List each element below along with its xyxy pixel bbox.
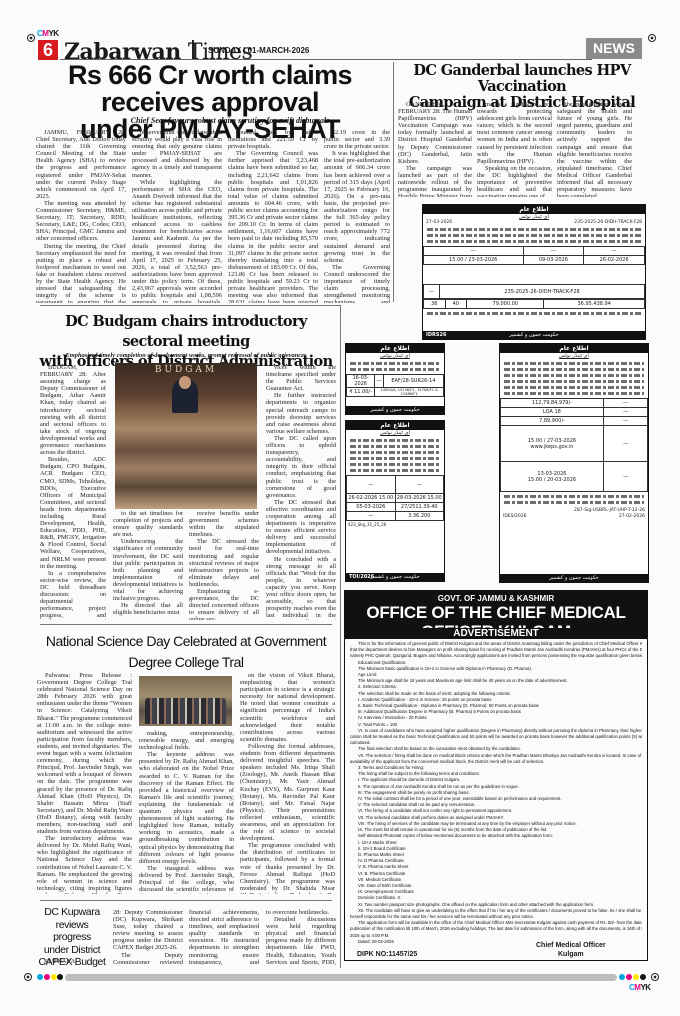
urdu-text-line — [350, 368, 440, 371]
para: Emphasizing e-governance, the DC directe… — [189, 588, 259, 620]
cell: — — [395, 476, 444, 494]
ad-date: 27-02-2026 — [619, 514, 645, 519]
cell: 26-02-2026 — [584, 256, 645, 265]
urdu-tender-ad-2: اطلاع عام ای ٹینڈر نوٹس 16-03-2026—EAF/2… — [345, 343, 445, 415]
kupwara-headline-line: DC Kupwara — [36, 906, 108, 919]
kupwara-column-2: financial achievements, directed strict … — [189, 909, 259, 965]
dipk-number: DIPK NO:11457/25 — [357, 951, 417, 958]
para: vices within the timeframe specified und… — [266, 364, 336, 392]
urdu-ad-codes: IDES/2026 27-02-2026 — [500, 514, 648, 519]
ad-code: IDES/2026 — [503, 514, 526, 519]
section-rule — [40, 305, 340, 306]
cell: 26-02-2026 15.00 — [347, 494, 396, 503]
registration-mark-top-left — [27, 34, 35, 42]
para: The Deputy Commissioner reviewed physica… — [113, 952, 183, 965]
para: Underscoring the significance of communi… — [113, 538, 183, 602]
para: 52.19 crore in the public sector and 3.3… — [324, 129, 390, 150]
urdu-text-line — [427, 240, 641, 243]
para: The meeting was attended by Commissioner… — [36, 200, 126, 243]
cell: — — [603, 462, 647, 492]
cell: 13-03-202615.00 / 20-03-2026 — [501, 462, 604, 492]
cell: 28-03-2026 15.00 — [395, 494, 444, 503]
urdu-text-line — [350, 463, 440, 466]
para: The introductory address was delivered b… — [37, 835, 132, 894]
para: JAMMU, FEBRUARY 28: Chief Secretary, Ata… — [36, 129, 126, 200]
para: The DC stressed the need for real-time m… — [189, 538, 259, 588]
cell: 36.95.438.94 — [544, 300, 645, 309]
cell: — — [584, 247, 645, 256]
budgam-meeting-photo: BUDGAM — [115, 363, 257, 509]
color-dot-black — [640, 974, 646, 980]
column-divider — [340, 588, 341, 968]
column-divider — [340, 305, 341, 625]
para: BUDGAM, FEBRUARY 28: After assuming char… — [40, 364, 106, 456]
cell: 15.00 / 23-03-2026 — [424, 256, 524, 265]
urdu-ad-footer: TOI/2026حکومت جموں و کشمیر — [346, 573, 444, 581]
cell: — — [347, 512, 396, 521]
cell: 235-2025-26-DIDH-TRACK-F28 — [440, 285, 645, 299]
para: The DC called upon officers to uphold tr… — [266, 435, 336, 499]
registration-mark-bottom-left — [24, 973, 32, 981]
para: The keynote address was presented by Dr.… — [139, 751, 234, 865]
cell: — — [424, 285, 440, 299]
science-event-photo — [139, 676, 232, 726]
hpv-column-3: the most effective ways to safeguard the… — [557, 101, 632, 197]
para: 28: Deputy Commissioner (DC) Kupwara, Sh… — [113, 909, 183, 952]
science-headline-line1: National Science Day Celebrated at Gover… — [36, 631, 336, 652]
urdu-ad-subheader: ای ٹینڈر نوٹس — [346, 430, 444, 436]
cmo-ad-line: VII. The selection / hiring shall be don… — [350, 753, 642, 759]
cell: 40 — [445, 300, 467, 309]
urdu-text-line — [350, 445, 440, 448]
cell: 112,79,84,979/- — [501, 399, 604, 408]
color-dot-magenta — [44, 974, 50, 980]
page-number: 6 — [38, 40, 58, 60]
ad-code: TOI/2026 — [349, 573, 374, 581]
para: The DC stressed that effective coordinat… — [266, 499, 336, 556]
photo-sign-text: BUDGAM — [115, 365, 257, 375]
para: the most effective ways to safeguard the… — [557, 101, 632, 197]
para: on the vision of Viksit Bharat, emphasiz… — [240, 672, 335, 743]
registration-mark-bottom-right — [651, 973, 659, 981]
urdu-ad-subheader: ای ٹینڈر نوٹس — [500, 353, 648, 359]
signatory-place: Kulgam — [536, 950, 606, 959]
urdu-text-line — [504, 362, 644, 365]
hpv-column-1: GANDERBAL, FEBRUARY 28: The Human Papill… — [398, 101, 472, 197]
color-registration-bar — [65, 974, 617, 981]
para: During the meeting, the Chief Secretary … — [36, 243, 126, 304]
urdu-text-line — [350, 439, 440, 442]
kupwara-column-1: 28: Deputy Commissioner (DC) Kupwara, Sh… — [113, 909, 183, 965]
cell: — — [603, 426, 647, 462]
cell: — — [424, 247, 524, 256]
cell: 09-03-2026 — [523, 256, 584, 265]
cmo-ad-body: This is for the information of general p… — [344, 639, 648, 961]
cmyk-mark-bottom: CMYK — [629, 983, 651, 992]
cmo-ad-header: GOVT. OF JAMMU & KASHMIR OFFICE OF THE C… — [344, 590, 648, 628]
urdu-text-line — [350, 451, 440, 454]
cell: 05-03-2026 — [347, 503, 396, 512]
urdu-ad-table: 112,79,84,979/-— LOA 18— 7,89,900/-— 15.… — [500, 398, 648, 492]
urdu-tender-ad-1-lower: —235-2025-26-DIDH-TRACK-F28 364079,000.0… — [422, 284, 646, 340]
pmjay-column-1: JAMMU, FEBRUARY 28: Chief Secretary, Ata… — [36, 129, 126, 303]
science-headline: National Science Day Celebrated at Gover… — [36, 631, 336, 673]
registration-mark-top-right — [648, 34, 656, 42]
section-rule — [40, 624, 332, 625]
urdu-text-line — [427, 234, 641, 237]
science-column-1: Pulwama: Press Release : Government Degr… — [37, 672, 132, 894]
urdu-text-line — [350, 362, 440, 365]
budgam-column-2: to the set timelines for completion of p… — [113, 510, 183, 620]
urdu-text-line — [427, 228, 641, 231]
science-headline-line2: Degree College Tral — [36, 652, 336, 673]
ad-code: IDRS26 — [426, 331, 446, 339]
cell: ₹ 11.00/- — [347, 388, 375, 397]
urdu-text-line — [350, 457, 440, 460]
hpv-column-2: marks a significant step towards protect… — [477, 101, 552, 197]
pmjay-column-3: counted for by public institutions and 2… — [228, 129, 318, 303]
budgam-column-1: BUDGAM, FEBRUARY 28: After assuming char… — [40, 364, 106, 620]
column-divider — [393, 62, 394, 302]
para: In a comprehensive sector-wise review, t… — [40, 570, 106, 620]
cell: — — [375, 375, 384, 388]
ref-number: 235-2025-26-DIDH-TRACK-F28 — [574, 220, 642, 225]
cell: — — [603, 408, 647, 417]
signatory-title: Chief Medical Officer — [536, 941, 606, 950]
urdu-tender-ad-4: اطلاع عام ای ٹینڈر نوٹس 112,79,84,979/-—… — [499, 343, 649, 583]
urdu-ad-footer: حکومت جموں و کشمیر — [346, 406, 444, 414]
cmo-govt-line: GOVT. OF JAMMU & KASHMIR — [344, 590, 648, 603]
cell: 16-03-2026 — [347, 375, 375, 388]
kupwara-headline-line: reviews progress — [36, 919, 108, 944]
urdu-text-line — [504, 392, 644, 395]
cell: 7,89,900/- — [501, 417, 604, 426]
cell: — — [347, 476, 396, 494]
budgam-column-4: vices within the timeframe specified und… — [266, 364, 336, 620]
cmo-signatory: Chief Medical Officer Kulgam — [536, 941, 606, 959]
cell: 79,000.00 — [467, 300, 544, 309]
kupwara-headline-line: under District — [36, 944, 108, 957]
para: Detailed discussions were held regarding… — [266, 916, 336, 965]
para: It was highlighted that the total pre-au… — [324, 150, 390, 264]
para: marks a significant step towards protect… — [477, 101, 552, 165]
budgam-column-3: receive benefits under government scheme… — [189, 510, 259, 620]
section-label-news: NEWS — [586, 38, 642, 59]
kupwara-dateline: KUPWARA, FEBRUARY — [44, 958, 110, 966]
urdu-ad-table: ——— 15.00 / 23-03-202609-03-202626-02-20… — [423, 246, 645, 265]
para: The inaugural address was delivered by P… — [139, 865, 234, 894]
para: The Governing Council underscored the im… — [324, 264, 390, 303]
budgam-kicker: Emphasised timely completion of developm… — [36, 352, 336, 359]
urdu-text-line — [504, 386, 644, 389]
cell: EAF/28-SUR26-14 — [383, 375, 443, 388]
para: GANDERBAL, FEBRUARY 28: The Human Papill… — [398, 101, 472, 165]
cmo-ad-line: cation shall be treated as the basic Tec… — [350, 734, 642, 740]
urdu-ad-subheader: ای ٹینڈر نوٹس — [346, 353, 444, 359]
urdu-ad-table: —235-2025-26-DIDH-TRACK-F28 — [423, 284, 645, 299]
cmo-ad-line: namely PHC Qaimoh, Qazigund, Bugam and N… — [350, 653, 642, 659]
para: Pulwama: Press Release : Government Degr… — [37, 672, 132, 835]
cmo-advertisement-label: ADVERTISEMENT — [344, 628, 648, 639]
para: financial achievements, directed strict … — [189, 909, 259, 965]
urdu-text-line — [504, 368, 644, 371]
science-column-2: making, entrepreneurship, renewable ener… — [139, 730, 234, 894]
website: www.jkeps.gov.in — [531, 444, 574, 450]
urdu-ad-amount-table: 364079,000.0036.95.438.94 — [423, 299, 645, 309]
masthead-separator — [192, 40, 194, 60]
para: The Governing Council was further appris… — [228, 150, 318, 303]
photo-group — [145, 698, 226, 724]
urdu-text-line — [504, 501, 644, 504]
para: observed that such independent scrutiny … — [132, 129, 222, 179]
urdu-text-line — [350, 469, 440, 472]
date: 15.00 / 20-03-2026 — [528, 477, 576, 483]
para: Speaking on the occasion, the DC highlig… — [477, 165, 552, 197]
urdu-ad-refs: 27-03-2026 235-2025-26-DIDH-TRACK-F28 — [423, 220, 645, 225]
para: counted for by public institutions and 2… — [228, 129, 318, 150]
cell: 27/2511.39.40 — [395, 503, 444, 512]
color-dot-black — [57, 974, 63, 980]
para: making, entrepreneurship, renewable ener… — [139, 730, 234, 751]
color-dot-cyan — [619, 974, 625, 980]
urdu-text-line — [504, 374, 644, 377]
cell: 3.36.200 — [395, 512, 444, 521]
cell: 36 — [424, 300, 446, 309]
hpv-headline-line1: DC Ganderbal launches HPV Vaccination — [396, 63, 648, 95]
dateline: SUNDAY | 01-MARCH-2026 — [208, 46, 309, 55]
urdu-ad-ref: 423_Skg_31_25_26 — [346, 521, 444, 528]
para: to the set timelines for completion of p… — [113, 510, 183, 538]
para: The programme concluded with the distrib… — [240, 842, 335, 894]
budgam-headline-line1: DC Budgam chairs introductory sectoral m… — [36, 312, 336, 352]
para: While highlighting the performance of SH… — [132, 179, 222, 303]
cmyk-mark-top: CMYK — [37, 29, 59, 38]
section-rule — [40, 900, 332, 901]
urdu-ad-footer: IDRS26حکومت جموں و کشمیر — [423, 331, 645, 339]
para: Besides, ADC Budgam, CPO Budgam, ACR Bud… — [40, 456, 106, 570]
urdu-ad-header: اطلاع عام — [346, 421, 444, 430]
urdu-text-line — [427, 312, 641, 315]
para: receive benefits under government scheme… — [189, 510, 259, 538]
para: Following the formal addresses, students… — [240, 743, 335, 842]
urdu-ad-footer: حکومت جموں و کشمیر — [500, 574, 648, 582]
para: He further instructed departments to org… — [266, 392, 336, 435]
para: The campaign was launched as part of the… — [398, 165, 472, 197]
urdu-tender-ad-1: اطلاع عام ای ٹینڈر نوٹس 27-03-2026 235-2… — [422, 204, 646, 286]
pmjay-headline-line1: Rs 666 Cr worth claims receives approval — [30, 62, 390, 116]
cell: — — [603, 417, 647, 426]
urdu-text-line — [504, 495, 644, 498]
urdu-ad-ref: 287-Sig-USBRL-JAT-UHP-T-12-26 — [500, 507, 648, 514]
urdu-ad-table: 16-03-2026—EAF/28-SUR26-14 ₹ 11.00/-1400… — [346, 374, 444, 397]
urdu-ad-header: اطلاع عام — [500, 344, 648, 353]
urdu-ad-header: اطلاع عام — [423, 205, 645, 214]
pmjay-column-2: observed that such independent scrutiny … — [132, 129, 222, 303]
urdu-text-line — [504, 380, 644, 383]
color-dot-magenta — [626, 974, 632, 980]
ref-date: 27-03-2026 — [426, 220, 452, 225]
cell: 15.00 / 27-03-2026www.jkeps.gov.in — [501, 426, 604, 462]
para: to overcome bottlenecks. — [266, 909, 336, 916]
science-column-3: on the vision of Viksit Bharat, emphasiz… — [240, 672, 335, 894]
urdu-ad-table: —— 26-02-2026 15.0028-03-2026 15.00 05-0… — [346, 475, 444, 521]
urdu-tender-ad-3: اطلاع عام ای ٹینڈر نوٹس —— 26-02-2026 15… — [345, 420, 445, 582]
cell: — — [603, 399, 647, 408]
para: He directed that all eligible beneficiar… — [113, 602, 183, 616]
para: He concluded with a strong message to al… — [266, 556, 336, 620]
urdu-ad-header: اطلاع عام — [346, 344, 444, 353]
cell: LOA 18 — [501, 408, 604, 417]
pmjay-kicker: Chief Secy favours robust claim scrutiny… — [100, 116, 360, 125]
color-dot-cyan — [37, 974, 43, 980]
cell: — — [523, 247, 584, 256]
pmjay-column-4: 52.19 crore in the public sector and 3.3… — [324, 129, 390, 303]
color-dot-yellow — [633, 974, 639, 980]
photo-face — [179, 376, 191, 389]
kupwara-column-3: to overcome bottlenecks.Detailed discuss… — [266, 909, 336, 965]
cell: 14004/A, 15136/F1, 15708/F1 & 12486/F1 — [375, 388, 444, 397]
cmo-ad-line: publication of this notification till 10… — [350, 926, 642, 932]
